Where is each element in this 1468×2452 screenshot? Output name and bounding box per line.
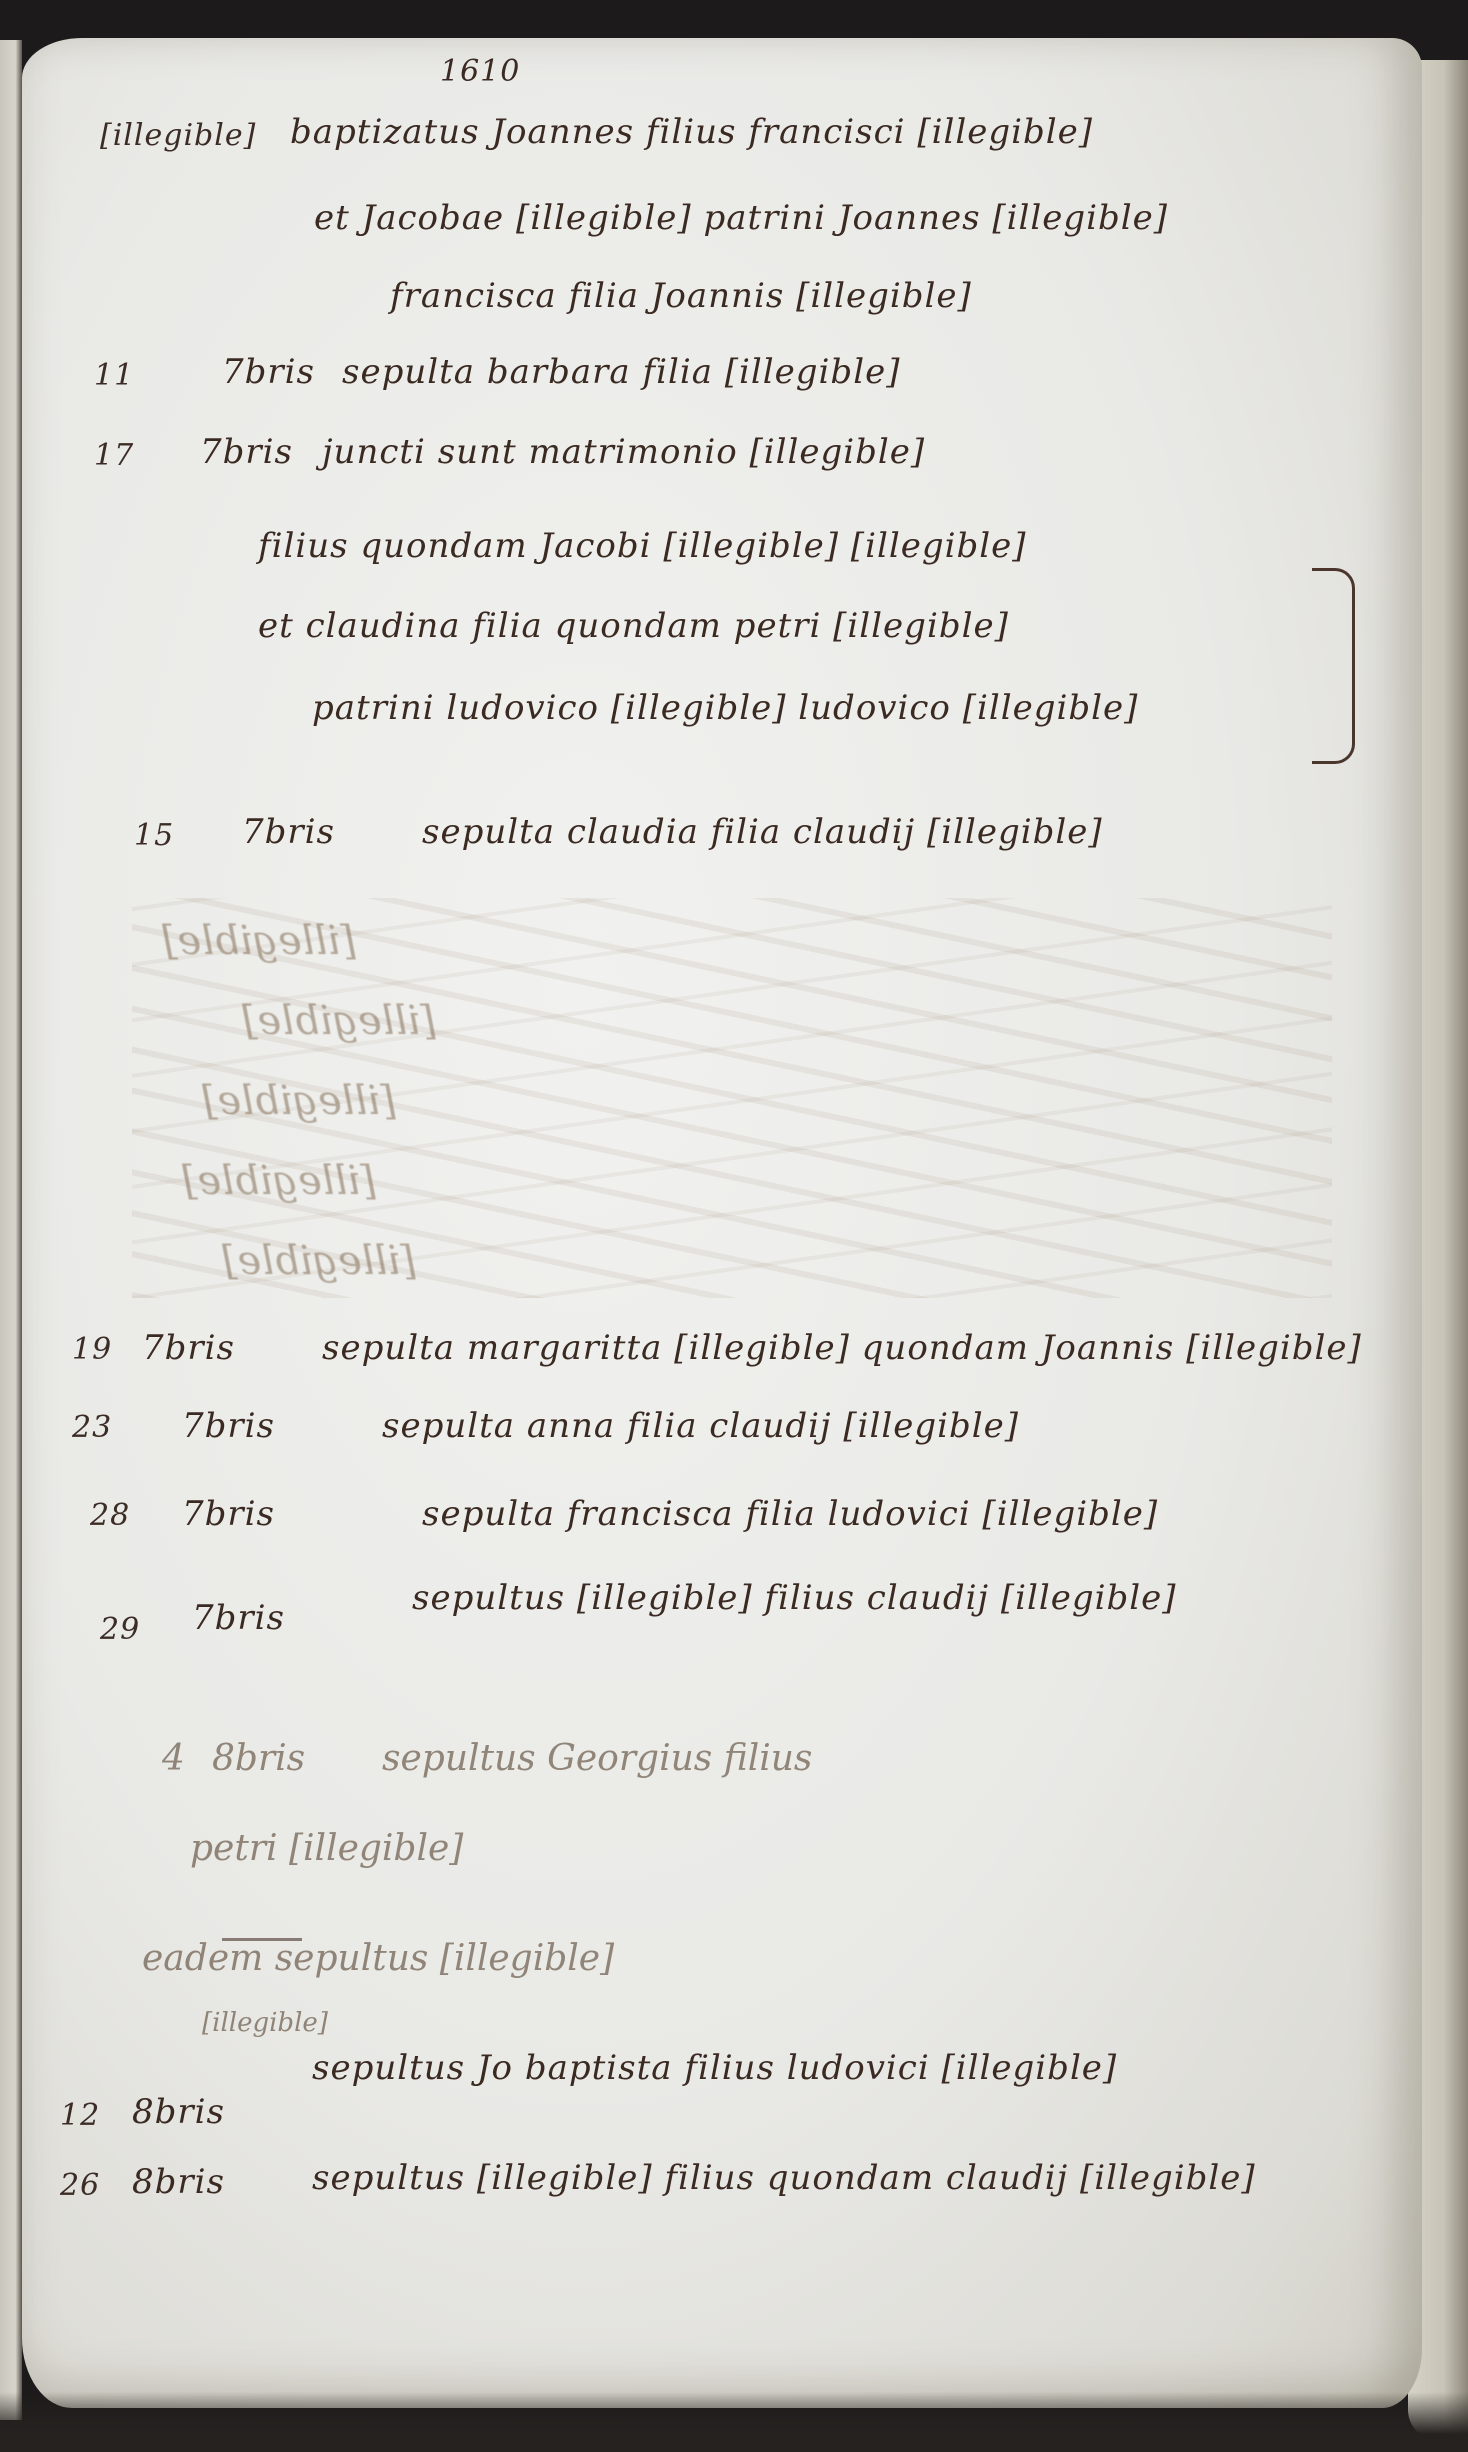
entry-date: 28: [90, 1498, 130, 1533]
manuscript-page: 1610 [illegible] baptizatus Joannes fili…: [22, 38, 1422, 2408]
entry-month: 8bris: [132, 2092, 225, 2132]
entry-date: 26: [60, 2168, 100, 2203]
adjacent-page-edge: [0, 40, 22, 2420]
struck-entry-line: petri [illegible]: [190, 1828, 463, 1869]
entry-month: 7bris: [242, 812, 335, 852]
book-edge-shadow: [0, 2392, 1468, 2452]
entry-date: [illegible]: [100, 118, 256, 153]
entry-month: 7bris: [182, 1494, 275, 1534]
strike-mark: [222, 1938, 302, 1941]
entry-month: 7bris: [142, 1328, 235, 1368]
struck-entry-line: [illegible]: [202, 2008, 328, 2038]
entry-date: 11: [94, 358, 134, 393]
faded-bleed-region: [132, 898, 1332, 1298]
struck-entry-month: 8bris: [212, 1738, 305, 1779]
struck-entry-date: 4: [162, 1738, 185, 1779]
entry-line: sepulta margaritta [illegible] quondam J…: [322, 1328, 1362, 1368]
entry-date: 29: [100, 1612, 140, 1647]
entry-line: et Jacobae [illegible] patrini Joannes […: [314, 198, 1168, 238]
entry-month: 7bris: [222, 352, 315, 392]
struck-entry-line: sepultus Georgius filius: [382, 1738, 812, 1779]
entry-date: 23: [72, 1410, 112, 1445]
entry-date: 19: [72, 1332, 112, 1367]
year-heading: 1610: [440, 54, 520, 89]
struck-entry-line: eadem sepultus [illegible]: [142, 1938, 614, 1979]
entry-line: sepulta barbara filia [illegible]: [342, 352, 900, 392]
entry-line: baptizatus Joannes filius francisci [ill…: [290, 112, 1093, 152]
entry-bracket: [1312, 568, 1355, 764]
entry-date: 12: [60, 2098, 100, 2133]
entry-date: 15: [134, 818, 174, 853]
entry-line: sepulta claudia filia claudij [illegible…: [422, 812, 1103, 852]
entry-line: sepultus [illegible] filius claudij [ill…: [412, 1578, 1177, 1618]
entry-line: sepultus Jo baptista filius ludovici [il…: [312, 2048, 1117, 2088]
entry-line: sepulta anna filia claudij [illegible]: [382, 1406, 1019, 1446]
entry-line: juncti sunt matrimonio [illegible]: [322, 432, 925, 472]
entry-line: et claudina filia quondam petri [illegib…: [258, 606, 1009, 646]
entry-month: 8bris: [132, 2162, 225, 2202]
entry-line: sepulta francisca filia ludovici [illegi…: [422, 1494, 1158, 1534]
entry-line: patrini ludovico [illegible] ludovico [i…: [312, 688, 1138, 728]
entry-line: sepultus [illegible] filius quondam clau…: [312, 2158, 1256, 2198]
entry-date: 17: [94, 438, 134, 473]
entry-line: francisca filia Joannis [illegible]: [390, 276, 972, 316]
entry-month: 7bris: [182, 1406, 275, 1446]
entry-month: 7bris: [200, 432, 293, 472]
entry-month: 7bris: [192, 1598, 285, 1638]
entry-line: filius quondam Jacobi [illegible] [illeg…: [258, 526, 1026, 566]
